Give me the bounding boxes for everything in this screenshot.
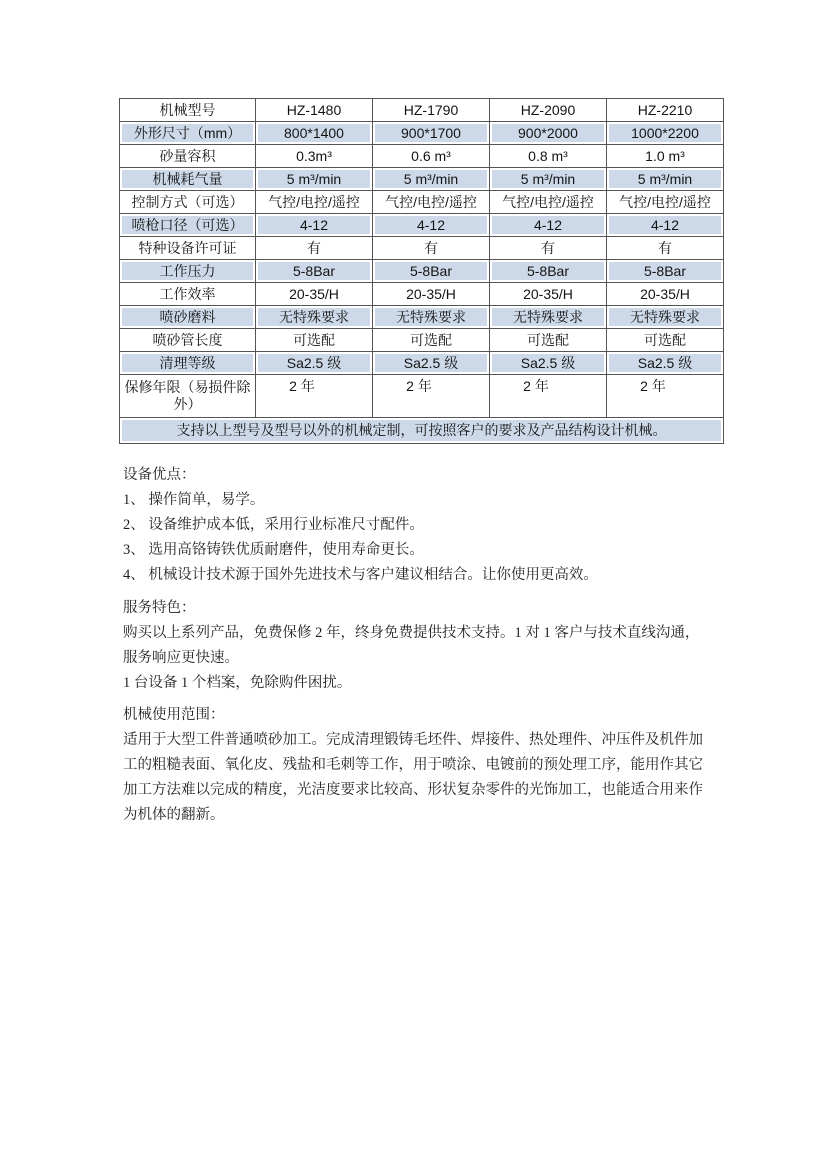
- row-label: 外形尺寸（mm）: [120, 122, 256, 145]
- table-row: 喷枪口径（可选） 4-12 4-12 4-12 4-12: [120, 214, 724, 237]
- cell-value: 5-8Bar: [256, 260, 373, 283]
- cell-value: Sa2.5 级: [607, 352, 724, 375]
- row-label: 喷枪口径（可选）: [120, 214, 256, 237]
- row-label: 控制方式（可选）: [120, 191, 256, 214]
- table-row: 砂量容积 0.3m³ 0.6 m³ 0.8 m³ 1.0 m³: [120, 145, 724, 168]
- cell-value: 4-12: [373, 214, 490, 237]
- cell-value: 0.3m³: [256, 145, 373, 168]
- cell-value: 5 m³/min: [256, 168, 373, 191]
- cell-value: 可选配: [607, 329, 724, 352]
- cell-value: 5 m³/min: [607, 168, 724, 191]
- cell-value: 2 年: [490, 375, 607, 418]
- table-row: 控制方式（可选） 气控/电控/遥控 气控/电控/遥控 气控/电控/遥控 气控/电…: [120, 191, 724, 214]
- table-header-row: 机械型号 HZ-1480 HZ-1790 HZ-2090 HZ-2210: [120, 99, 724, 122]
- section-title: 机械使用范围：: [123, 703, 743, 728]
- cell-value: 气控/电控/遥控: [607, 191, 724, 214]
- cell-value: 气控/电控/遥控: [256, 191, 373, 214]
- cell-value: 1.0 m³: [607, 145, 724, 168]
- row-label: 砂量容积: [120, 145, 256, 168]
- table-row: 机械耗气量 5 m³/min 5 m³/min 5 m³/min 5 m³/mi…: [120, 168, 724, 191]
- cell-value: 5 m³/min: [373, 168, 490, 191]
- cell-value: 900*2000: [490, 122, 607, 145]
- advantage-item: 1、 操作简单，易学。: [123, 488, 743, 513]
- cell-value: 20-35/H: [373, 283, 490, 306]
- cell-value: 20-35/H: [490, 283, 607, 306]
- cell-value: 气控/电控/遥控: [373, 191, 490, 214]
- section-title: 服务特色：: [123, 596, 743, 621]
- model-name: HZ-2210: [607, 99, 724, 122]
- cell-value: 0.8 m³: [490, 145, 607, 168]
- row-label: 机械耗气量: [120, 168, 256, 191]
- cell-value: 20-35/H: [256, 283, 373, 306]
- row-label: 工作效率: [120, 283, 256, 306]
- cell-value: 有: [607, 237, 724, 260]
- cell-value: 气控/电控/遥控: [490, 191, 607, 214]
- cell-value: 4-12: [256, 214, 373, 237]
- table-row: 喷砂磨料 无特殊要求 无特殊要求 无特殊要求 无特殊要求: [120, 306, 724, 329]
- advantage-item: 2、 设备维护成本低，采用行业标准尺寸配件。: [123, 513, 743, 538]
- cell-value: 无特殊要求: [490, 306, 607, 329]
- cell-value: Sa2.5 级: [490, 352, 607, 375]
- row-label: 保修年限（易损件除外）: [120, 375, 256, 418]
- table-footer-note: 支持以上型号及型号以外的机械定制，可按照客户的要求及产品结构设计机械。: [120, 418, 724, 444]
- table-row: 清理等级 Sa2.5 级 Sa2.5 级 Sa2.5 级 Sa2.5 级: [120, 352, 724, 375]
- service-body: 购买以上系列产品，免费保修 2 年，终身免费提供技术支持。1 对 1 客户与技术…: [123, 621, 743, 696]
- cell-value: 有: [256, 237, 373, 260]
- cell-value: 0.6 m³: [373, 145, 490, 168]
- cell-value: 有: [373, 237, 490, 260]
- cell-value: 2 年: [256, 375, 373, 418]
- cell-value: 可选配: [373, 329, 490, 352]
- section-title: 设备优点：: [123, 463, 743, 488]
- cell-value: 可选配: [490, 329, 607, 352]
- usage-body: 适用于大型工件普通喷砂加工。完成清理锻铸毛坯件、焊接件、热处理件、冲压件及机件加…: [123, 728, 743, 828]
- table-row: 工作压力 5-8Bar 5-8Bar 5-8Bar 5-8Bar: [120, 260, 724, 283]
- cell-value: 5-8Bar: [607, 260, 724, 283]
- cell-value: Sa2.5 级: [256, 352, 373, 375]
- document-page: 机械型号 HZ-1480 HZ-1790 HZ-2090 HZ-2210 外形尺…: [0, 0, 827, 1169]
- model-name: HZ-1480: [256, 99, 373, 122]
- row-label: 清理等级: [120, 352, 256, 375]
- cell-value: 800*1400: [256, 122, 373, 145]
- model-name: HZ-1790: [373, 99, 490, 122]
- row-label: 工作压力: [120, 260, 256, 283]
- cell-value: Sa2.5 级: [373, 352, 490, 375]
- cell-value: 1000*2200: [607, 122, 724, 145]
- table-row: 外形尺寸（mm） 800*1400 900*1700 900*2000 1000…: [120, 122, 724, 145]
- advantage-item: 3、 选用高铬铸铁优质耐磨件，使用寿命更长。: [123, 538, 743, 563]
- table-row: 保修年限（易损件除外） 2 年 2 年 2 年 2 年: [120, 375, 724, 418]
- cell-value: 900*1700: [373, 122, 490, 145]
- cell-value: 4-12: [490, 214, 607, 237]
- row-label: 特种设备许可证: [120, 237, 256, 260]
- cell-value: 4-12: [607, 214, 724, 237]
- advantage-item: 4、 机械设计技术源于国外先进技术与客户建议相结合。让你使用更高效。: [123, 563, 743, 588]
- cell-value: 无特殊要求: [256, 306, 373, 329]
- cell-value: 可选配: [256, 329, 373, 352]
- cell-value: 2 年: [607, 375, 724, 418]
- row-label: 机械型号: [120, 99, 256, 122]
- section-usage: 机械使用范围： 适用于大型工件普通喷砂加工。完成清理锻铸毛坯件、焊接件、热处理件…: [123, 703, 743, 828]
- row-label: 喷砂磨料: [120, 306, 256, 329]
- section-service: 服务特色： 购买以上系列产品，免费保修 2 年，终身免费提供技术支持。1 对 1…: [123, 596, 743, 696]
- table-row: 喷砂管长度 可选配 可选配 可选配 可选配: [120, 329, 724, 352]
- cell-value: 5 m³/min: [490, 168, 607, 191]
- cell-value: 无特殊要求: [607, 306, 724, 329]
- cell-value: 无特殊要求: [373, 306, 490, 329]
- table-footer-row: 支持以上型号及型号以外的机械定制，可按照客户的要求及产品结构设计机械。: [120, 418, 724, 444]
- table-row: 工作效率 20-35/H 20-35/H 20-35/H 20-35/H: [120, 283, 724, 306]
- table-row: 特种设备许可证 有 有 有 有: [120, 237, 724, 260]
- cell-value: 5-8Bar: [490, 260, 607, 283]
- cell-value: 2 年: [373, 375, 490, 418]
- cell-value: 有: [490, 237, 607, 260]
- spec-table: 机械型号 HZ-1480 HZ-1790 HZ-2090 HZ-2210 外形尺…: [119, 98, 724, 444]
- text-column: 设备优点： 1、 操作简单，易学。 2、 设备维护成本低，采用行业标准尺寸配件。…: [123, 463, 743, 828]
- cell-value: 20-35/H: [607, 283, 724, 306]
- section-advantages: 设备优点： 1、 操作简单，易学。 2、 设备维护成本低，采用行业标准尺寸配件。…: [123, 463, 743, 588]
- cell-value: 5-8Bar: [373, 260, 490, 283]
- model-name: HZ-2090: [490, 99, 607, 122]
- row-label: 喷砂管长度: [120, 329, 256, 352]
